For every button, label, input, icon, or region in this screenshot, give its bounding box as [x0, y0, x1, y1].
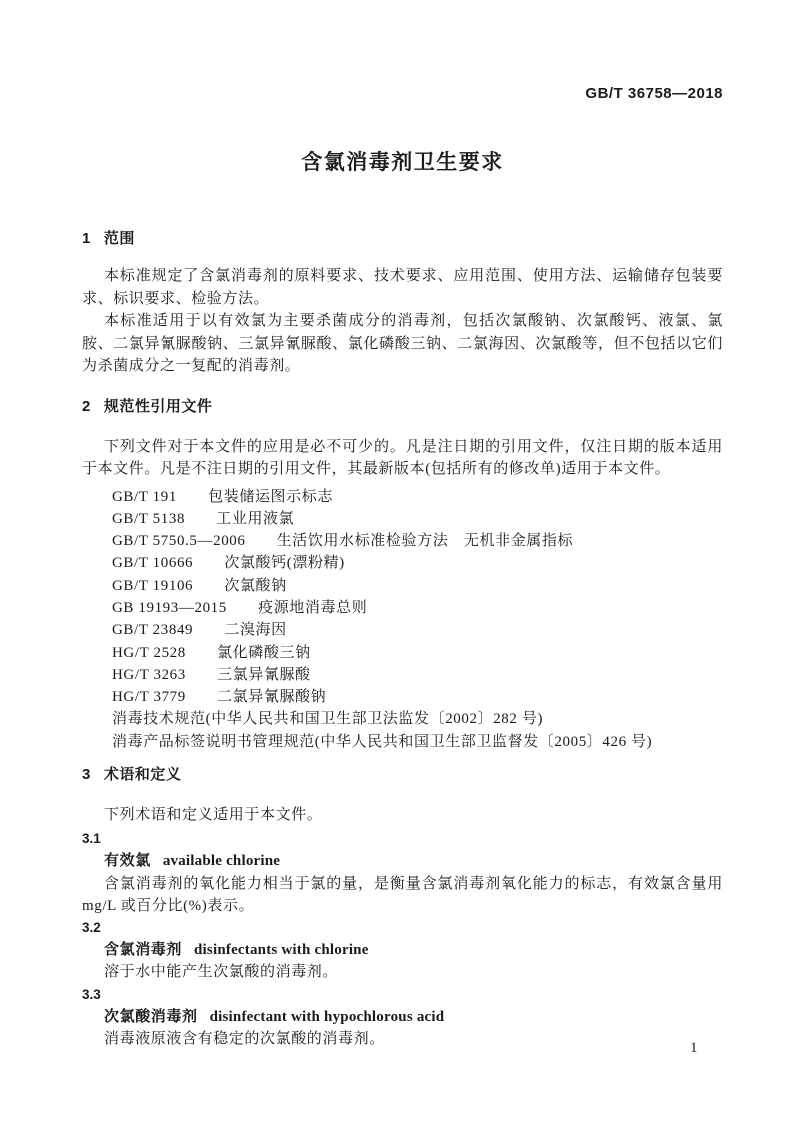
section-scope-heading: 1范围	[82, 231, 723, 247]
references-list: GB/T 191 包装储运图示标志 GB/T 5138 工业用液氯 GB/T 5…	[82, 486, 723, 754]
page-content: GB/T 36758—2018 含氯消毒剂卫生要求 1范围 本标准规定了含氯消毒…	[0, 0, 800, 1050]
terms-intro: 下列术语和定义适用于本文件。	[82, 804, 723, 826]
reference-item: HG/T 3779 二氯异氰脲酸钠	[112, 686, 723, 708]
references-intro: 下列文件对于本文件的应用是必不可少的。凡是注日期的引用文件，仅注日期的版本适用于…	[82, 436, 723, 481]
section-title: 规范性引用文件	[104, 398, 213, 415]
term-entry-number: 3.1	[82, 828, 723, 850]
reference-item: GB/T 10666 次氯酸钙(漂粉精)	[112, 552, 723, 574]
section-number: 1	[82, 231, 91, 247]
document-title: 含氯消毒剂卫生要求	[82, 149, 723, 177]
reference-item: 消毒技术规范(中华人民共和国卫生部卫法监发〔2002〕282 号)	[112, 708, 723, 730]
section-number: 2	[82, 399, 91, 415]
term-entry-number: 3.2	[82, 917, 723, 939]
section-terms-heading: 3术语和定义	[82, 767, 723, 783]
terms-block: 3.1 有效氯available chlorine 含氯消毒剂的氧化能力相当于氯…	[82, 828, 723, 1050]
term-definition: 消毒液原液含有稳定的次氯酸的消毒剂。	[82, 1028, 723, 1050]
term-definition: 溶于水中能产生次氯酸的消毒剂。	[82, 961, 723, 983]
section-title: 范围	[104, 230, 135, 247]
scope-paragraph: 本标准适用于以有效氯为主要杀菌成分的消毒剂，包括次氯酸钠、次氯酸钙、液氯、氯胺、…	[82, 310, 723, 378]
reference-item: HG/T 3263 三氯异氰脲酸	[112, 664, 723, 686]
term-entry: 有效氯available chlorine	[82, 850, 723, 872]
reference-item: GB 19193—2015 疫源地消毒总则	[112, 597, 723, 619]
section-number: 3	[82, 767, 91, 783]
term-entry: 含氯消毒剂disinfectants with chlorine	[82, 939, 723, 961]
section-references-heading: 2规范性引用文件	[82, 399, 723, 415]
reference-item: GB/T 5138 工业用液氯	[112, 508, 723, 530]
reference-item: HG/T 2528 氯化磷酸三钠	[112, 642, 723, 664]
reference-item: GB/T 23849 二溴海因	[112, 619, 723, 641]
term-en: disinfectant with hypochlorous acid	[210, 1009, 445, 1025]
section-title: 术语和定义	[104, 766, 182, 783]
reference-item: GB/T 19106 次氯酸钠	[112, 575, 723, 597]
term-en: available chlorine	[163, 853, 280, 869]
reference-item: 消毒产品标签说明书管理规范(中华人民共和国卫生部卫监督发〔2005〕426 号)	[112, 731, 723, 753]
term-entry: 次氯酸消毒剂disinfectant with hypochlorous aci…	[82, 1006, 723, 1028]
reference-item: GB/T 5750.5—2006 生活饮用水标准检验方法 无机非金属指标	[112, 530, 723, 552]
term-zh: 有效氯	[104, 852, 151, 869]
standard-code: GB/T 36758—2018	[82, 0, 723, 101]
reference-item: GB/T 191 包装储运图示标志	[112, 486, 723, 508]
term-en: disinfectants with chlorine	[194, 942, 369, 958]
document-page: GB/T 36758—2018 含氯消毒剂卫生要求 1范围 本标准规定了含氯消毒…	[0, 0, 800, 1124]
term-definition: 含氯消毒剂的氧化能力相当于氯的量，是衡量含氯消毒剂氧化能力的标志，有效氯含量用 …	[82, 873, 723, 917]
scope-paragraph: 本标准规定了含氯消毒剂的原料要求、技术要求、应用范围、使用方法、运输储存包装要求…	[82, 265, 723, 310]
term-zh: 次氯酸消毒剂	[104, 1008, 198, 1025]
term-zh: 含氯消毒剂	[104, 941, 182, 958]
scope-paragraphs: 本标准规定了含氯消毒剂的原料要求、技术要求、应用范围、使用方法、运输储存包装要求…	[82, 265, 723, 378]
page-number: 1	[690, 1040, 698, 1056]
term-entry-number: 3.3	[82, 984, 723, 1006]
